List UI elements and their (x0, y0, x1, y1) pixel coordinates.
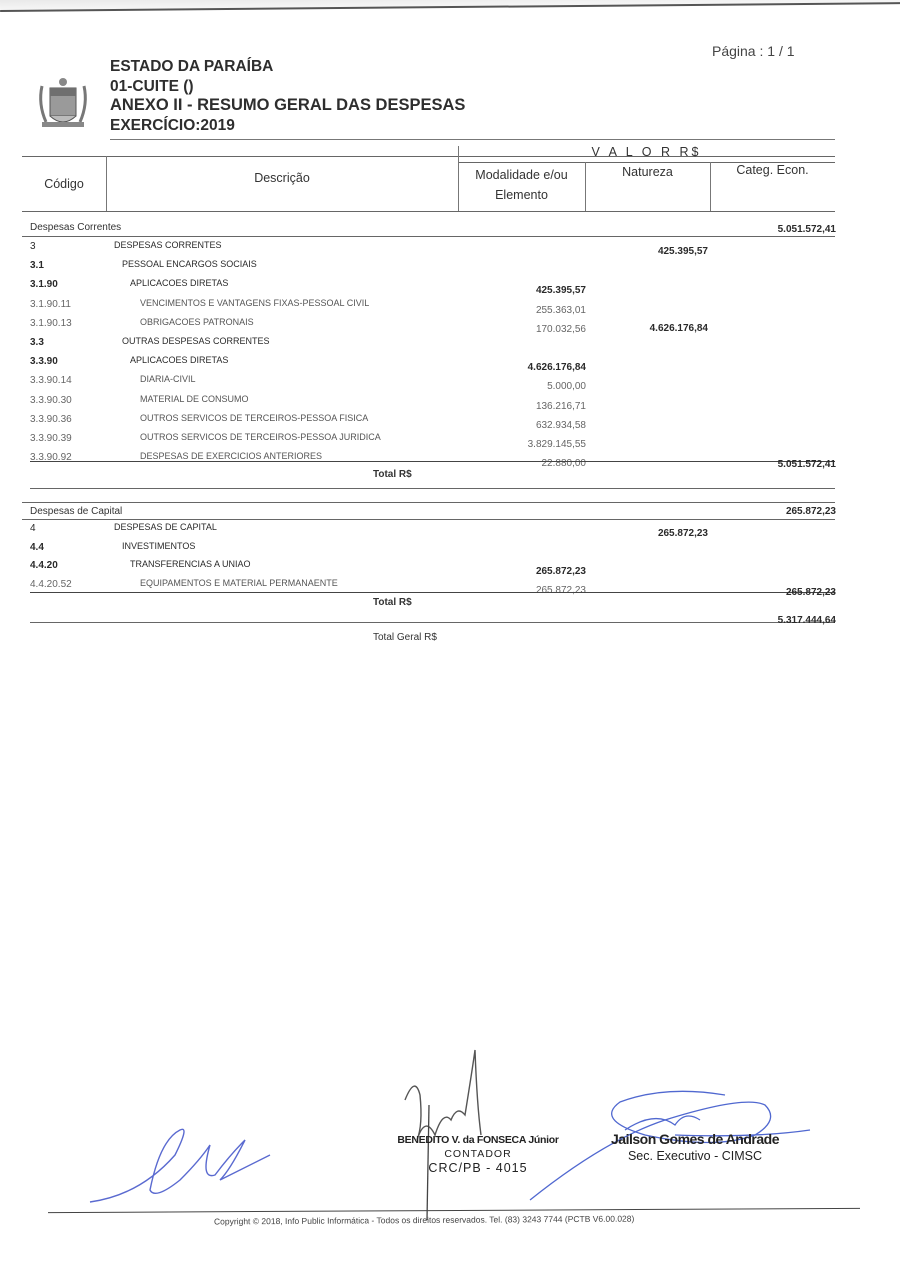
row-code: 4.4 (30, 542, 44, 553)
grand-total-value: 5.317.444,64 (726, 615, 836, 626)
grand-total-rule (30, 622, 835, 623)
row-description: EQUIPAMENTOS E MATERIAL PERMANAENTE (140, 578, 338, 588)
state-name: ESTADO DA PARAÍBA (110, 57, 465, 77)
executive-signature-block: Jailson Gomes de Andrade Sec. Executivo … (605, 1131, 785, 1163)
row-description: DESPESAS DE CAPITAL (114, 522, 217, 532)
row-description: OUTRAS DESPESAS CORRENTES (122, 336, 270, 346)
row-description: VENCIMENTOS E VANTAGENS FIXAS-PESSOAL CI… (140, 298, 369, 308)
row-code: 3.3.90.30 (30, 395, 72, 406)
signature-scribble-icon (80, 1100, 280, 1220)
table-header-bottom (22, 211, 835, 212)
section-title: Despesas de Capital (30, 506, 122, 517)
entity-name: 01-CUITE () (110, 77, 465, 97)
col-header-code: Código (26, 177, 102, 191)
accountant-registry: CRC/PB - 4015 (393, 1161, 563, 1175)
grand-total-label: Total Geral R$ (373, 632, 437, 643)
col-header-valor: V A L O R R$ (458, 145, 835, 159)
row-natureza-value: 265.872,23 (598, 528, 708, 539)
report-header: ESTADO DA PARAÍBA 01-CUITE () ANEXO II -… (110, 57, 465, 135)
col-header-modalidade: Modalidade e/ou (458, 168, 585, 182)
row-code: 3.3.90.14 (30, 375, 72, 386)
row-natureza-value: 425.395,57 (598, 246, 708, 257)
row-modalidade-value: 170.032,56 (476, 324, 586, 335)
row-description: OUTROS SERVICOS DE TERCEIROS-PESSOA JURI… (140, 432, 381, 442)
row-modalidade-value: 3.829.145,55 (476, 439, 586, 450)
row-code: 3.3.90.36 (30, 414, 72, 425)
row-modalidade-value: 265.872,23 (476, 585, 586, 596)
section-top-rule (22, 502, 835, 503)
row-code: 3.1.90.13 (30, 318, 72, 329)
accountant-signature-block: BENEDITO V. da FONSECA Júnior CONTADOR C… (393, 1134, 563, 1175)
exercise-year: EXERCÍCIO:2019 (110, 116, 465, 136)
section-rule (22, 519, 835, 520)
row-description: TRANSFERENCIAS A UNIAO (130, 559, 251, 569)
col-header-description: Descrição (106, 171, 458, 185)
section-end-rule (30, 488, 835, 489)
row-description: APLICACOES DIRETAS (130, 278, 228, 288)
page-number: Página : 1 / 1 (712, 43, 795, 59)
row-natureza-value: 4.626.176,84 (598, 323, 708, 334)
row-modalidade-value: 255.363,01 (476, 305, 586, 316)
section-categ-total: 265.872,23 (726, 506, 836, 517)
col-header-natureza: Natureza (585, 165, 710, 179)
row-description: PESSOAL ENCARGOS SOCIAIS (122, 259, 257, 269)
row-description: OUTROS SERVICOS DE TERCEIROS-PESSOA FISI… (140, 413, 368, 423)
row-description: DESPESAS CORRENTES (114, 240, 222, 250)
executive-role: Sec. Executivo - CIMSC (605, 1149, 785, 1163)
row-description: DIARIA-CIVIL (140, 374, 196, 384)
header-rule (110, 139, 835, 140)
row-description: OBRIGACOES PATRONAIS (140, 317, 254, 327)
col-header-modalidade-2: Elemento (458, 188, 585, 202)
row-modalidade-value: 265.872,23 (476, 566, 586, 577)
row-modalidade-value: 632.934,58 (476, 420, 586, 431)
section-total-label: Total R$ (373, 597, 412, 608)
row-modalidade-value: 5.000,00 (476, 381, 586, 392)
row-code: 3.3 (30, 337, 44, 348)
row-code: 4 (30, 523, 36, 534)
row-modalidade-value: 425.395,57 (476, 285, 586, 296)
row-code: 3.1 (30, 260, 44, 271)
col-header-categ: Categ. Econ. (710, 163, 835, 177)
section-rule (22, 236, 835, 237)
row-code: 3.3.90 (30, 356, 58, 367)
row-description: APLICACOES DIRETAS (130, 355, 228, 365)
row-code: 3.3.90.39 (30, 433, 72, 444)
accountant-role: CONTADOR (393, 1148, 563, 1160)
section-total-value: 5.051.572,41 (726, 459, 836, 470)
section-title: Despesas Correntes (30, 222, 121, 233)
total-rule (30, 461, 835, 462)
row-description: MATERIAL DE CONSUMO (140, 394, 249, 404)
row-description: DESPESAS DE EXERCICIOS ANTERIORES (140, 451, 322, 461)
row-modalidade-value: 136.216,71 (476, 401, 586, 412)
section-total-label: Total R$ (373, 469, 412, 480)
row-modalidade-value: 4.626.176,84 (476, 362, 586, 373)
report-title: ANEXO II - RESUMO GERAL DAS DESPESAS (110, 96, 465, 116)
total-rule (30, 592, 835, 593)
section-total-value: 265.872,23 (726, 587, 836, 598)
row-code: 3.1.90 (30, 279, 58, 290)
scan-edge (0, 0, 900, 12)
row-modalidade-value: 22.880,00 (476, 458, 586, 469)
copyright-notice: Copyright © 2018, Info Public Informátic… (214, 1214, 634, 1227)
row-code: 4.4.20.52 (30, 579, 72, 590)
row-code: 3 (30, 241, 36, 252)
row-description: INVESTIMENTOS (122, 541, 195, 551)
coat-of-arms-icon (36, 72, 90, 132)
executive-name: Jailson Gomes de Andrade (605, 1131, 785, 1147)
row-code: 4.4.20 (30, 560, 58, 571)
section-categ-total: 5.051.572,41 (726, 224, 836, 235)
accountant-name: BENEDITO V. da FONSECA Júnior (393, 1134, 563, 1146)
row-code: 3.1.90.11 (30, 299, 71, 310)
